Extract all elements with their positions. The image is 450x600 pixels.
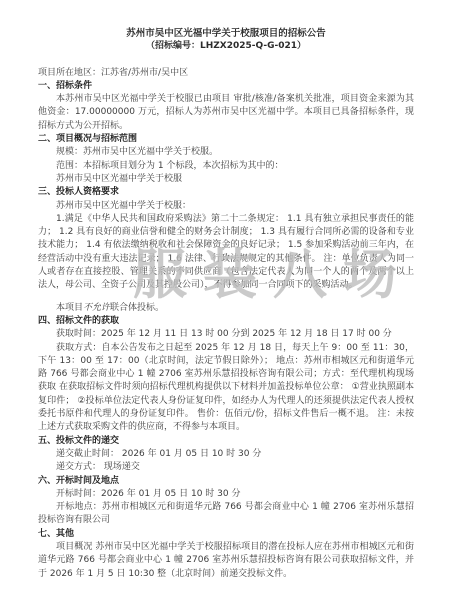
section-heading-6: 六、开标时间及地点 (38, 475, 414, 488)
tender-number: （招标编号：LHZX2025-Q-G-021） (38, 40, 414, 53)
section-heading-4: 四、招标文件的获取 (38, 315, 414, 328)
joint-bid-prefix: 本项目 (56, 303, 83, 313)
project-location: 项目所在地区：江苏省/苏州市/吴中区 (38, 67, 414, 80)
section-6-open-place: 开标地点：苏州市相城区元和街道华元路 766 号都会商业中心 1 幢 2706 … (38, 501, 414, 528)
joint-bid-suffix: 联合体投标。 (110, 303, 164, 313)
section-3-qualifications: 1.满足《中华人民共和国政府采购法》第二十二条规定： 1.1 具有独立承担民事责… (38, 213, 414, 293)
section-6-open-time: 开标时间：2026 年 01 月 05 日 10 时 30 分 (38, 488, 414, 501)
section-heading-5: 五、投标文件的递交 (38, 435, 414, 448)
section-7-overview: 项目概况 苏州市吴中区光福中学关于校服招标项目的潜在投标人应在苏州市相城区元和街… (38, 541, 414, 581)
section-heading-3: 三、投标人资格要求 (38, 186, 414, 199)
section-4-obtain-method: 获取方式：自本公告发布之日起至 2025 年 12 月 18 日，每天上午 9：… (38, 342, 414, 435)
section-heading-1: 一、招标条件 (38, 80, 414, 93)
document-title: 苏州市吴中区光福中学关于校服项目的招标公告 (38, 27, 414, 40)
tender-announcement-page: 服装八场 苏州市吴中区光福中学关于校服项目的招标公告 （招标编号：LHZX202… (0, 0, 450, 600)
joint-bid-emphasis: 不允许 (83, 303, 110, 313)
section-2-lot-line: 苏州市吴中区光福中学关于校服 (38, 173, 414, 186)
section-5-deadline-line: 递交截止时间： 2026 年 01 月 05 日 10 时 30 分 (38, 448, 414, 461)
joint-bid-note: 本项目不允许联合体投标。 (38, 302, 414, 315)
section-1-paragraph: 本苏州市吴中区光福中学关于校服已由项目 审批/核准/备案机关批准，项目资金来源为… (38, 93, 414, 133)
section-3-intro-line: 苏州市吴中区光福中学关于校服： (38, 200, 414, 213)
section-heading-2: 二、项目概况与招标范围 (38, 133, 414, 146)
section-2-scope-line: 范围：本招标项目划分为 1 个标段，本次招标为其中的： (38, 160, 414, 173)
section-4-obtain-time: 获取时间：2025 年 12 月 11 日 13 时 00 分到 2025 年 … (38, 328, 414, 341)
section-2-scale-line: 规模：苏州市吴中区光福中学关于校服。 (38, 146, 414, 159)
section-heading-7: 七、其他 (38, 528, 414, 541)
section-5-method-line: 递交方式： 现场递交 (38, 461, 414, 474)
document-body: 苏州市吴中区光福中学关于校服项目的招标公告 （招标编号：LHZX2025-Q-G… (38, 27, 414, 581)
